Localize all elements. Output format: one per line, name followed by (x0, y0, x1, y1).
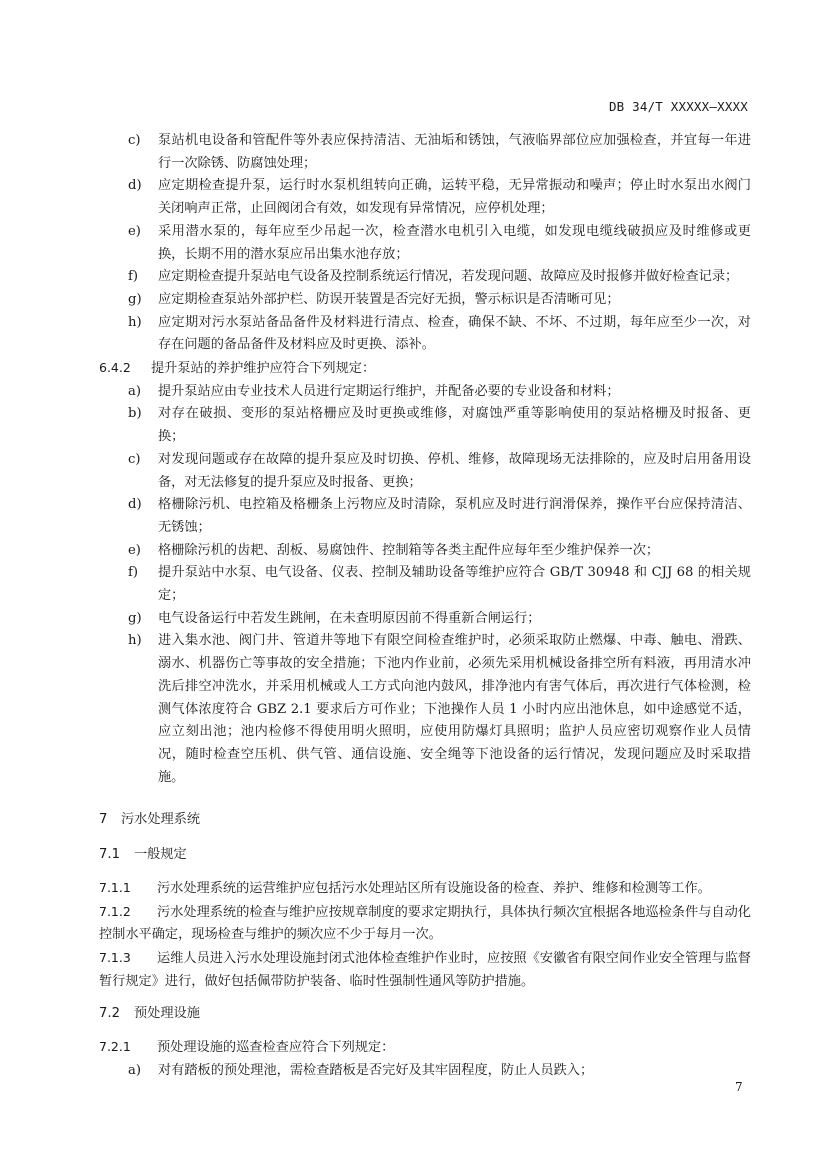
list-item-text: 应定期对污水泵站备品备件及材料进行清点、检查，确保不缺、不坏、不过期，每年应至少… (158, 315, 751, 353)
document-body: c)泵站机电设备和管配件等外表应保持清洁、无油垢和锈蚀，气液临界部位应加强检查，… (99, 130, 751, 1082)
list-item-text: 采用潜水泵的，每年应至少吊起一次，检查潜水电机引入电缆，如发现电缆线破损应及时维… (158, 224, 751, 262)
list-item-text: 进入集水池、阀门井、管道井等地下有限空间检查维护时，必须采取防止燃爆、中毒、触电… (158, 633, 751, 784)
clause-text: 污水处理系统的检查与维护应按规章制度的要求定期执行，具体执行频次宜根据各地巡检条… (99, 905, 751, 943)
list-item-label: a) (128, 381, 141, 404)
list-item: d)格栅除污机、电控箱及格栅条上污物应及时清除，泵机应及时进行润滑保养，操作平台… (99, 494, 751, 539)
subsection-number: 7.2 (99, 1003, 134, 1026)
list-item: c)泵站机电设备和管配件等外表应保持清洁、无油垢和锈蚀，气液临界部位应加强检查，… (99, 130, 751, 175)
clause-text: 预处理设施的巡查检查应符合下列规定： (157, 1040, 394, 1055)
list-item-label: h) (128, 630, 142, 653)
section-heading-7: 7污水处理系统 (99, 809, 751, 832)
list-item-text: 应定期检查提升泵，运行时水泵机组转向正确，运转平稳，无异常振动和噪声；停止时水泵… (158, 178, 751, 216)
clause-7-1-3: 7.1.3运维人员进入污水处理设施封闭式池体检查维护作业时，应按照《安徽省有限空… (99, 947, 751, 993)
list-item-label: c) (128, 130, 141, 153)
list-7-2-1: a)对有踏板的预处理池，需检查踏板是否完好及其牢固程度，防止人员跌入； (99, 1060, 751, 1083)
list-item-label: e) (128, 540, 141, 563)
clause-number: 7.1.1 (99, 877, 157, 900)
clause-number: 7.1.3 (99, 947, 157, 970)
clause-text: 运维人员进入污水处理设施封闭式池体检查维护作业时，应按照《安徽省有限空间作业安全… (99, 951, 751, 989)
list-item-label: c) (128, 449, 141, 472)
list-item: a)对有踏板的预处理池，需检查踏板是否完好及其牢固程度，防止人员跌入； (99, 1060, 751, 1083)
subsection-number: 7.1 (99, 844, 134, 867)
list-item-text: 电气设备运行中若发生跳闸，在未查明原因前不得重新合闸运行； (158, 611, 540, 626)
list-item-label: g) (128, 289, 142, 312)
list-item-text: 对有踏板的预处理池，需检查踏板是否完好及其牢固程度，防止人员跌入； (158, 1063, 593, 1078)
section-title: 污水处理系统 (121, 812, 200, 827)
list-item-text: 对存在破损、变形的泵站格栅应及时更换或维修，对腐蚀严重等影响使用的泵站格栅及时报… (158, 406, 751, 444)
list-item: e)格栅除污机的齿耙、刮板、易腐蚀件、控制箱等各类主配件应每年至少维护保养一次； (99, 540, 751, 563)
clause-number: 7.1.2 (99, 901, 157, 924)
clause-7-1-1: 7.1.1污水处理系统的运营维护应包括污水处理站区所有设施设备的检查、养护、维修… (99, 877, 751, 901)
list-6-4-2: a)提升泵站应由专业技术人员进行定期运行维护，并配备必要的专业设备和材料； b)… (99, 381, 751, 790)
document-code-header: DB 34/T XXXXX—XXXX (609, 99, 748, 114)
list-item-text: 对发现问题或存在故障的提升泵应及时切换、停机、维修，故障现场无法排除的，应及时启… (158, 452, 751, 490)
list-item: c)对发现问题或存在故障的提升泵应及时切换、停机、维修，故障现场无法排除的，应及… (99, 449, 751, 494)
list-item: b)对存在破损、变形的泵站格栅应及时更换或维修，对腐蚀严重等影响使用的泵站格栅及… (99, 403, 751, 448)
clause-6-4-2: 6.4.2提升泵站的养护维护应符合下列规定： (99, 357, 751, 381)
list-item-text: 提升泵站应由专业技术人员进行定期运行维护，并配备必要的专业设备和材料； (158, 384, 620, 399)
list-item-text: 应定期检查提升泵站电气设备及控制系统运行情况，若发现问题、故障应及时报修并做好检… (158, 269, 738, 284)
clause-text: 污水处理系统的运营维护应包括污水处理站区所有设施设备的检查、养护、维修和检测等工… (157, 881, 711, 896)
clause-7-2-1: 7.2.1预处理设施的巡查检查应符合下列规定： (99, 1036, 751, 1060)
list-item: h)进入集水池、阀门井、管道井等地下有限空间检查维护时，必须采取防止燃爆、中毒、… (99, 630, 751, 789)
list-item: g)电气设备运行中若发生跳闸，在未查明原因前不得重新合闸运行； (99, 608, 751, 631)
clause-number: 6.4.2 (99, 357, 151, 380)
list-item-text: 泵站机电设备和管配件等外表应保持清洁、无油垢和锈蚀，气液临界部位应加强检查，并宜… (158, 133, 751, 171)
clause-7-1-2: 7.1.2污水处理系统的检查与维护应按规章制度的要求定期执行，具体执行频次宜根据… (99, 901, 751, 947)
list-item: h)应定期对污水泵站备品备件及材料进行清点、检查，确保不缺、不坏、不过期，每年应… (99, 312, 751, 357)
list-item: d)应定期检查提升泵，运行时水泵机组转向正确，运转平稳，无异常振动和噪声；停止时… (99, 175, 751, 220)
list-item-text: 格栅除污机、电控箱及格栅条上污物应及时清除，泵机应及时进行润滑保养，操作平台应保… (158, 497, 751, 535)
list-item: e)采用潜水泵的，每年应至少吊起一次，检查潜水电机引入电缆，如发现电缆线破损应及… (99, 221, 751, 266)
list-item: f)提升泵站中水泵、电气设备、仪表、控制及辅助设备等维护应符合 GB/T 309… (99, 562, 751, 607)
clause-text: 提升泵站的养护维护应符合下列规定： (151, 361, 375, 376)
subsection-title: 一般规定 (134, 847, 187, 862)
list-item-label: g) (128, 608, 142, 631)
list-item: a)提升泵站应由专业技术人员进行定期运行维护，并配备必要的专业设备和材料； (99, 381, 751, 404)
list-item-label: e) (128, 221, 141, 244)
list-item-text: 应定期检查泵站外部护栏、防误开装置是否完好无损，警示标识是否清晰可见； (158, 292, 620, 307)
list-item: f)应定期检查提升泵站电气设备及控制系统运行情况，若发现问题、故障应及时报修并做… (99, 266, 751, 289)
list-item-label: d) (128, 494, 142, 517)
list-item-text: 格栅除污机的齿耙、刮板、易腐蚀件、控制箱等各类主配件应每年至少维护保养一次； (158, 543, 659, 558)
subsection-title: 预处理设施 (134, 1006, 200, 1021)
list-item-label: a) (128, 1060, 141, 1083)
page-number: 7 (735, 1080, 743, 1094)
list-item-label: f) (128, 266, 138, 289)
subsection-heading-7-2: 7.2预处理设施 (99, 1003, 751, 1026)
list-item-label: h) (128, 312, 142, 335)
list-item-label: b) (128, 403, 142, 426)
section-number: 7 (99, 809, 121, 832)
list-item-text: 提升泵站中水泵、电气设备、仪表、控制及辅助设备等维护应符合 GB/T 30948… (158, 565, 751, 603)
subsection-heading-7-1: 7.1一般规定 (99, 844, 751, 867)
list-item-label: f) (128, 562, 138, 585)
list-6-4-1-continued: c)泵站机电设备和管配件等外表应保持清洁、无油垢和锈蚀，气液临界部位应加强检查，… (99, 130, 751, 357)
list-item-label: d) (128, 175, 142, 198)
list-item: g)应定期检查泵站外部护栏、防误开装置是否完好无损，警示标识是否清晰可见； (99, 289, 751, 312)
clause-number: 7.2.1 (99, 1036, 157, 1059)
